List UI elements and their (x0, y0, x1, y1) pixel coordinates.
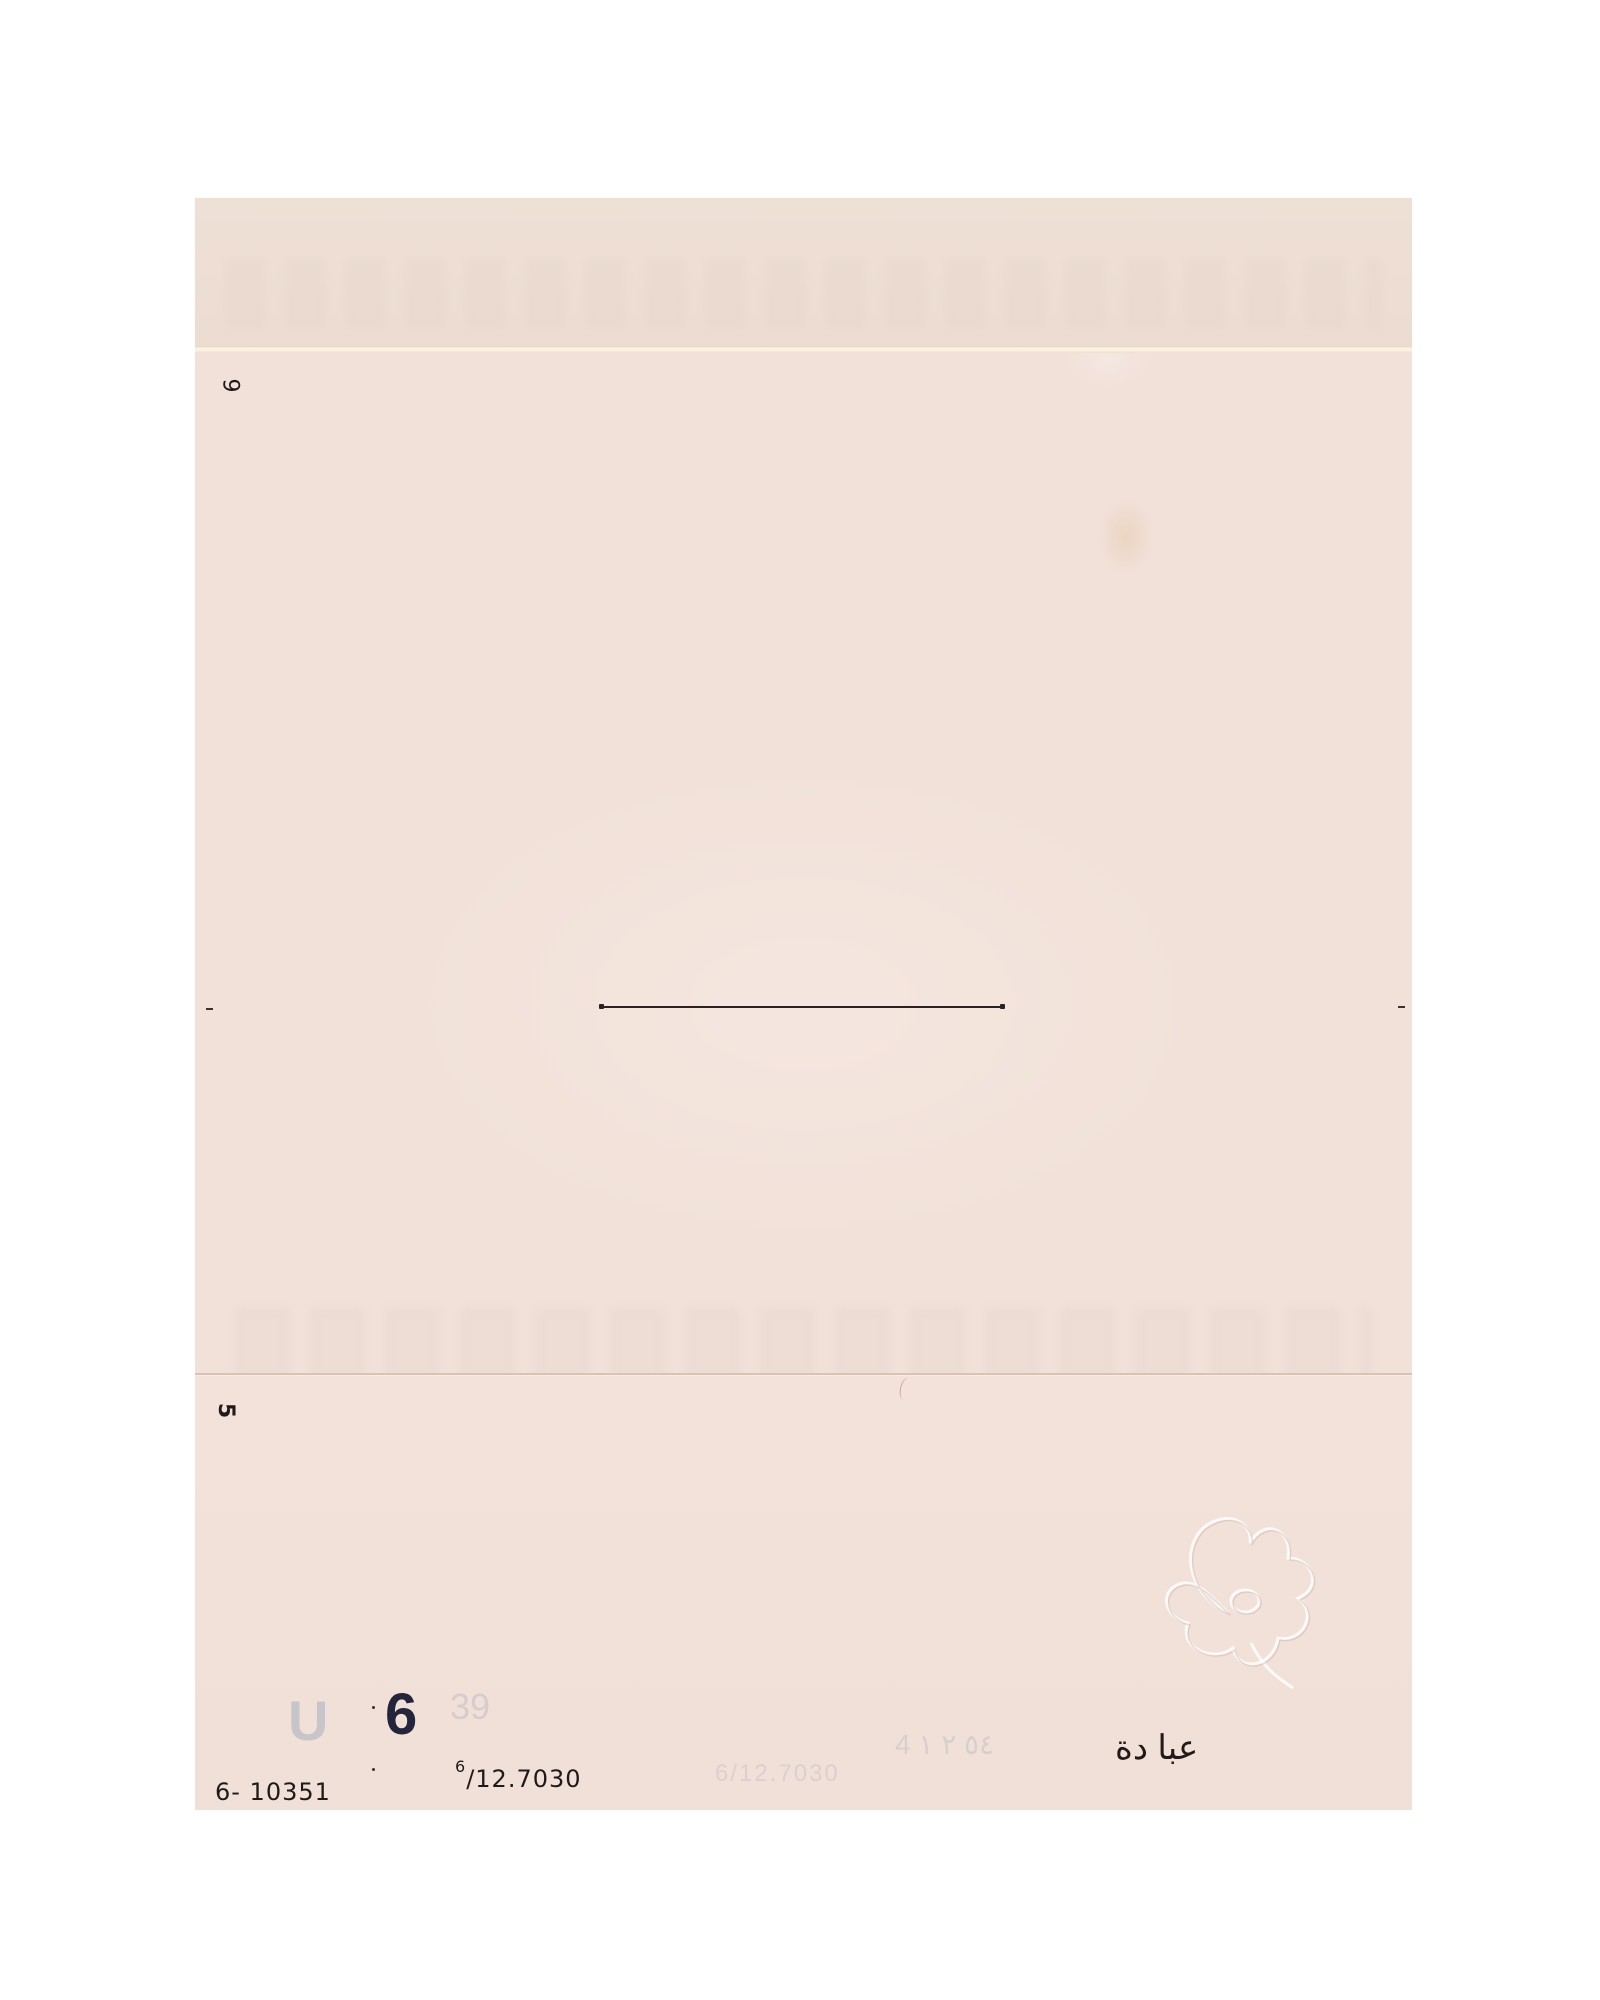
flower-icon (1153, 1503, 1333, 1693)
show-through-text-top (225, 258, 1382, 328)
stamp-letter-u: U (288, 1688, 328, 1753)
inventory-number: /12.7030 (466, 1765, 581, 1793)
paper-sheet: 9 5 U 6 39 6- 10351 6/12.7030 4 ٥٤ ٢ ١ 6… (195, 198, 1412, 1810)
fold-line-top (195, 346, 1412, 353)
ink-dot (372, 1706, 375, 1709)
ink-dot (372, 1768, 375, 1771)
inventory-number-left: 6- 10351 (215, 1778, 331, 1806)
center-rule-line (601, 1006, 1003, 1008)
arabic-signature: عبا دة (1115, 1728, 1198, 1768)
margin-number-9: 9 (218, 379, 243, 393)
margin-number-5: 5 (213, 1403, 238, 1418)
center-tick-left (206, 1008, 213, 1010)
inventory-number-mid: 6/12.7030 (455, 1763, 582, 1793)
inventory-superscript: 6 (455, 1757, 466, 1776)
fold-line-bottom (195, 1373, 1412, 1376)
stamp-faint-number: 39 (450, 1686, 490, 1728)
center-tick-right (1398, 1006, 1405, 1008)
faint-pencil-note-2: 6/12.7030 (715, 1760, 840, 1788)
stamp-number-6: 6 (385, 1681, 417, 1748)
faint-pencil-note: 4 ٥٤ ٢ ١ (895, 1728, 994, 1761)
